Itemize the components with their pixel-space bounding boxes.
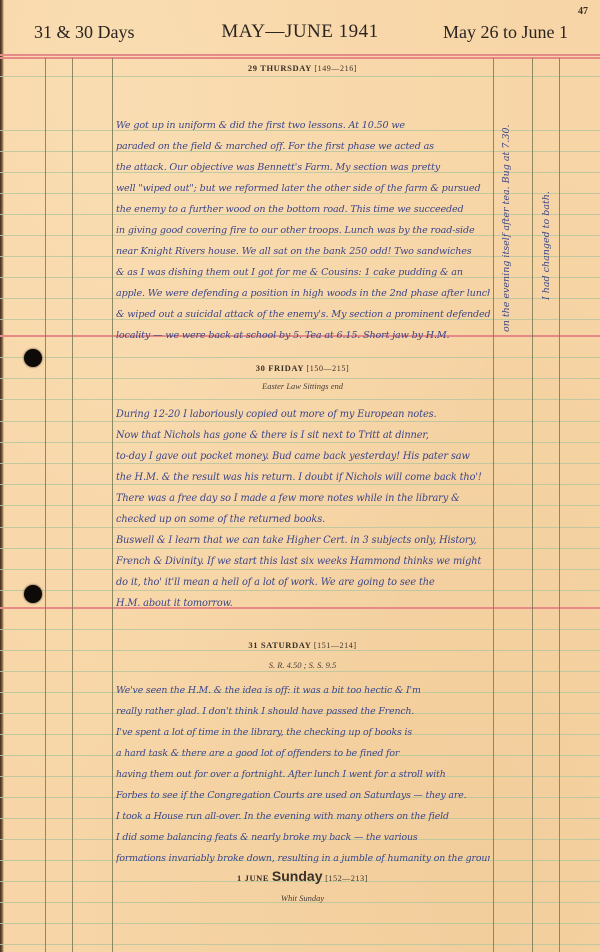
day-subtitle: Whit Sunday [112,893,493,903]
punch-hole [24,349,42,367]
entry-line: to-day I gave out pocket money. Bud came… [116,446,490,467]
entry-line: I did some balancing feats & nearly brok… [116,827,490,848]
entry-line: apple. We were defending a position in h… [116,283,490,304]
entry-line: I've spent a lot of time in the library,… [116,722,490,743]
ruled-line [0,944,600,945]
margin-column-line [72,58,73,952]
entry-line: really rather glad. I don't think I shou… [116,701,490,722]
entry-line: near Knight Rivers house. We all sat on … [116,241,490,262]
day-heading-sunday: 1 JUNE Sunday [152—213] [112,868,493,884]
ruled-line [0,923,600,924]
entry-friday: During 12-20 I laboriously copied out mo… [116,404,490,614]
entry-line: & wiped out a suicidal attack of the ene… [116,304,490,325]
header-date-range: May 26 to June 1 [443,22,568,43]
ruled-line [0,378,600,379]
entry-line: do it, tho' it'll mean a hell of a lot o… [116,572,490,593]
entry-line: the attack. Our objective was Bennett's … [116,157,490,178]
entry-saturday: We've seen the H.M. & the idea is off: i… [116,680,490,869]
entry-line: We got up in uniform & did the first two… [116,115,490,136]
day-heading-text: 29 THURSDAY [248,63,312,73]
margin-note: on the evening itself after tea. Bug at … [501,124,512,332]
page-number: 47 [578,6,588,17]
entry-line: well "wiped out"; but we reformed later … [116,178,490,199]
diary-page: 47 31 & 30 Days MAY—JUNE 1941 May 26 to … [0,0,600,952]
day-subtitle: S. R. 4.50 ; S. S. 9.5 [112,660,493,670]
day-heading-text: 1 JUNE [237,873,269,883]
day-heading-saturday: 31 SATURDAY [151—214] [112,640,493,650]
ruled-line [0,399,600,400]
ruled-line [0,76,600,77]
binding-edge [0,0,4,952]
entry-line: H.M. about it tomorrow. [116,593,490,614]
day-heading-emphasis: Sunday [272,868,323,884]
header-rule-bottom [0,57,600,59]
day-heading-friday: 30 FRIDAY [150—215] [112,363,493,373]
day-counter: [152—213] [325,874,368,883]
day-heading-thursday: 29 THURSDAY [149—216] [112,63,493,73]
ruled-line [0,629,600,630]
entry-line: in giving good covering fire to our othe… [116,220,490,241]
punch-hole [24,585,42,603]
entry-line: a hard task & there are a good lot of of… [116,743,490,764]
entry-line: I took a House run all-over. In the even… [116,806,490,827]
entry-line: having them out for over a fortnight. Af… [116,764,490,785]
ruled-line [0,671,600,672]
day-heading-text: 30 FRIDAY [256,363,304,373]
day-subtitle: Easter Law Sittings end [112,381,493,391]
day-counter: [151—214] [314,641,357,650]
entry-line: We've seen the H.M. & the idea is off: i… [116,680,490,701]
entry-line: the H.M. & the result was his return. I … [116,467,490,488]
entry-line: Now that Nichols has gone & there is I s… [116,425,490,446]
ruled-line [0,650,600,651]
margin-note: I had changed to bath. [541,191,552,300]
entry-thursday: We got up in uniform & did the first two… [116,115,490,346]
margin-column-line [112,58,113,952]
entry-line: & as I was dishing them out I got for me… [116,262,490,283]
entry-line: French & Divinity. If we start this last… [116,551,490,572]
ruled-line [0,357,600,358]
entry-line: the enemy to a further wood on the botto… [116,199,490,220]
entry-line: Buswell & I learn that we can take Highe… [116,530,490,551]
margin-column-line [45,58,46,952]
day-counter: [150—215] [306,364,349,373]
margin-column-line [532,58,533,952]
entry-line: formations invariably broke down, result… [116,848,490,869]
margin-column-line [559,58,560,952]
entry-line: locality — we were back at school by 5. … [116,325,490,346]
entry-line: During 12-20 I laboriously copied out mo… [116,404,490,425]
entry-line: Forbes to see if the Congregation Courts… [116,785,490,806]
margin-column-line [493,58,494,952]
day-heading-text: 31 SATURDAY [248,640,311,650]
entry-line: There was a free day so I made a few mor… [116,488,490,509]
header-rule-top [0,54,600,56]
entry-line: checked up on some of the returned books… [116,509,490,530]
entry-line: paraded on the field & marched off. For … [116,136,490,157]
day-counter: [149—216] [314,64,357,73]
